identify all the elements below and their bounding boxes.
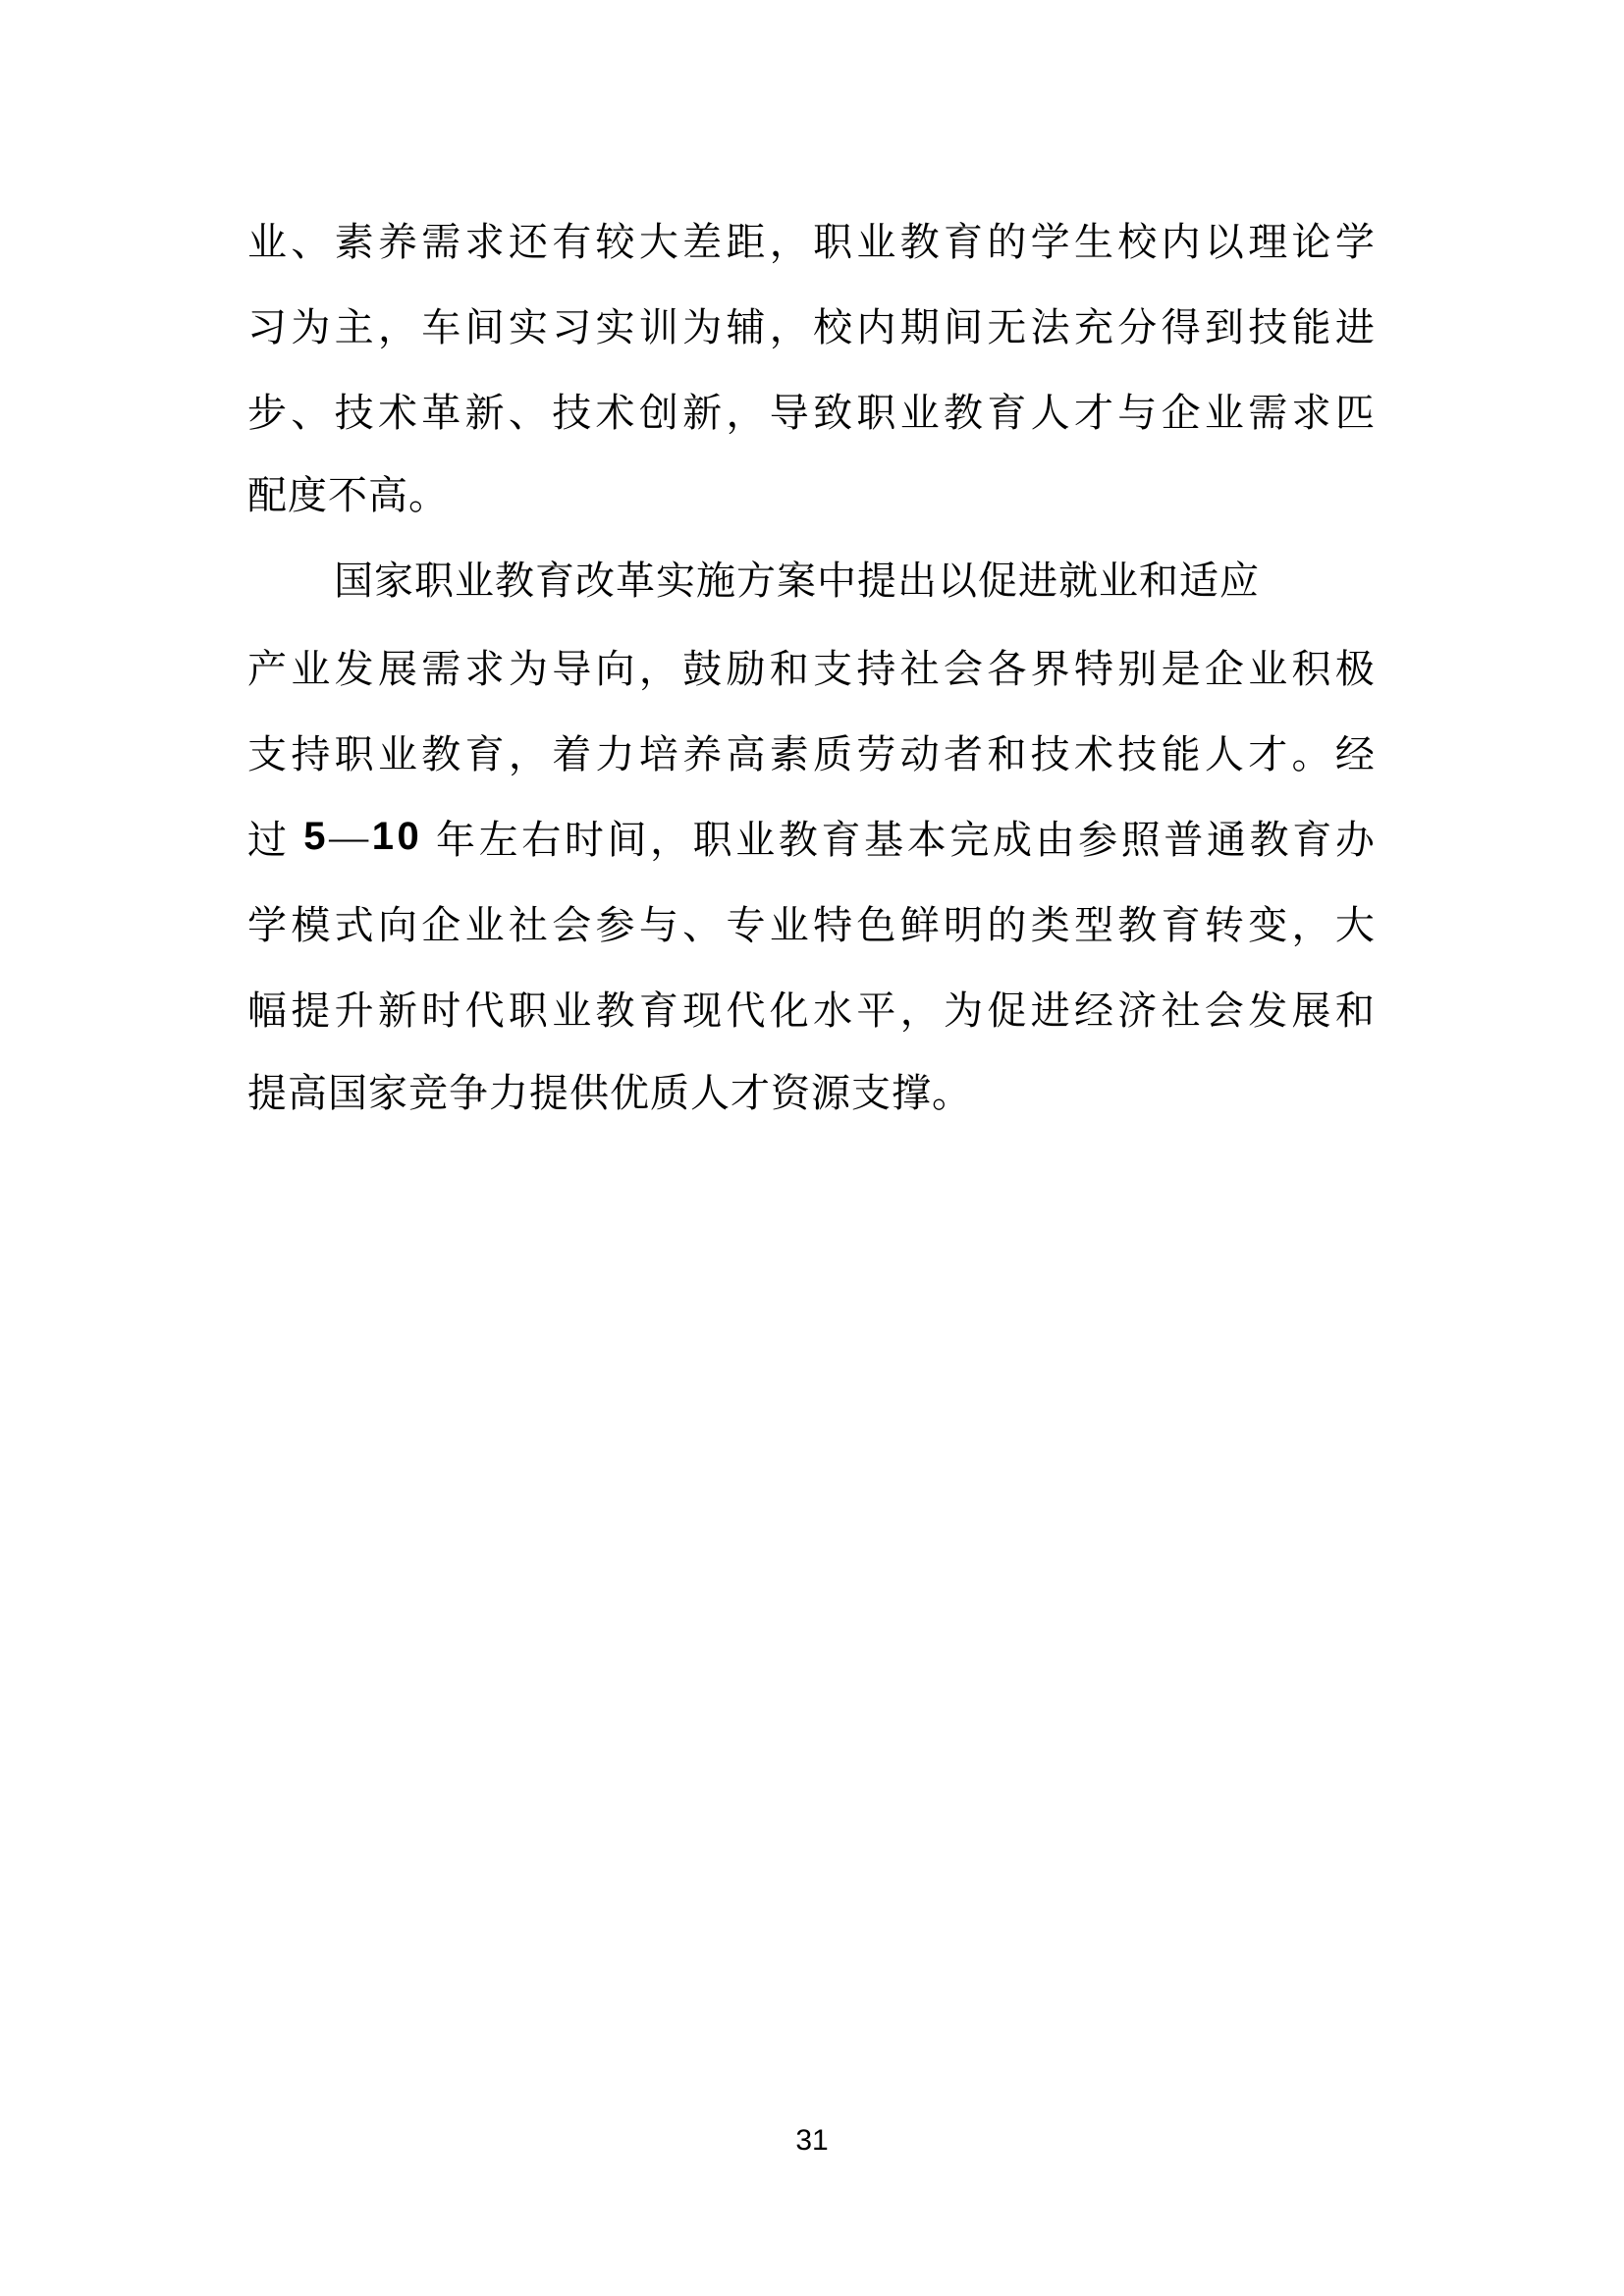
text-line: 配度不高。	[247, 453, 1375, 538]
text-line: 产业发展需求为导向，鼓励和支持社会各界特别是企业积极	[247, 623, 1375, 709]
document-page: 业、素养需求还有较大差距，职业教育的学生校内以理论学 习为主，车间实习实训为辅，…	[0, 0, 1624, 2296]
page-number: 31	[0, 2126, 1624, 2156]
text-line: 学模式向企业社会参与、专业特色鲜明的类型教育转变，大	[247, 880, 1375, 965]
text-line: 提高国家竞争力提供优质人才资源支撑。	[247, 1050, 1375, 1136]
text-line paragraph-start: 国家职业教育改革实施方案中提出以促进就业和适应	[247, 538, 1375, 623]
text-line: 支持职业教育，着力培养高素质劳动者和技术技能人才。经	[247, 709, 1375, 794]
text-line: 业、素养需求还有较大差距，职业教育的学生校内以理论学	[247, 196, 1375, 282]
text-line: 幅提升新时代职业教育现代化水平，为促进经济社会发展和	[247, 965, 1375, 1050]
text-line: 过 5—10 年左右时间，职业教育基本完成由参照普通教育办	[247, 794, 1375, 880]
body-text: 业、素养需求还有较大差距，职业教育的学生校内以理论学 习为主，车间实习实训为辅，…	[247, 196, 1375, 1136]
text-line: 步、技术革新、技术创新，导致职业教育人才与企业需求匹	[247, 367, 1375, 453]
text-line: 习为主，车间实习实训为辅，校内期间无法充分得到技能进	[247, 282, 1375, 367]
